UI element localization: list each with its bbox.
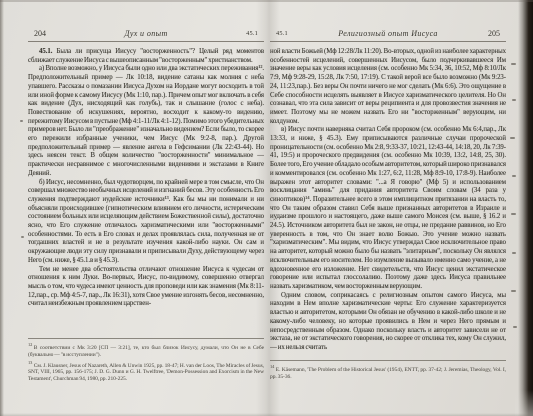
left-running-title: Дух и опыт (28, 28, 264, 40)
footnote: 12В соответствии с Мк 3:20 [СП — 3:21], … (28, 342, 264, 359)
paragraph: в) Иисус почти наверняка считал Себя про… (270, 126, 506, 291)
scan-artifact (512, 252, 516, 254)
scan-artifact (512, 175, 516, 177)
footnote-divider (270, 360, 506, 361)
right-footnotes: 14E. Käsemann, 'The Problem of the Histo… (270, 360, 506, 382)
footnote-divider (28, 338, 264, 339)
scan-artifact (511, 213, 516, 215)
scan-artifact (513, 326, 517, 328)
right-page-header: 45.1 Религиозный опыт Иисуса 205 (270, 28, 506, 42)
paragraph: а) Вполне возможно, у Иисуса были одно и… (28, 65, 264, 178)
paragraph: 45.1. Была ли присуща Иисусу "восторженн… (28, 48, 264, 65)
paragraph: Одним словом, соприкасаясь с религиозным… (270, 292, 506, 350)
left-page: 204 Дух и опыт 45.1 45.1. Была ли присущ… (28, 28, 264, 410)
footnote-text: В соответствии с Мк 3:20 [СП — 3:21], те… (28, 345, 264, 358)
right-page-number: 205 (488, 28, 500, 40)
footnote: 14E. Käsemann, 'The Problem of the Histo… (270, 364, 506, 381)
scan-artifact (511, 63, 516, 65)
footnote-number: 13 (28, 360, 32, 365)
scan-artifact (21, 236, 24, 238)
left-section-marker: 45.1 (246, 28, 258, 40)
scan-artifact (512, 99, 516, 101)
paragraph-text: Была ли присуща Иисусу "восторженность"?… (28, 48, 264, 64)
footnote-text: E. Käsemann, 'The Problem of the Histori… (270, 367, 506, 380)
scan-artifact (510, 137, 515, 139)
footnote-number: 14 (270, 364, 274, 369)
right-page-body: ной власти Божьей (Мф 12:28/Лк 11:20). В… (270, 48, 506, 350)
left-page-header: 204 Дух и опыт 45.1 (28, 28, 264, 42)
scan-artifact (20, 120, 23, 122)
left-footnotes: 12В соответствии с Мк 3:20 [СП — 3:21], … (28, 338, 264, 384)
scan-edge-right (518, 0, 533, 416)
right-running-title: Религиозный опыт Иисуса (270, 28, 506, 40)
footnote-text: См. J. Klausner, Jesus of Nazareth, Alle… (28, 362, 264, 382)
section-number-lead: 45.1. (39, 48, 52, 55)
paragraph: ной власти Божьей (Мф 12:28/Лк 11:20). В… (270, 48, 506, 126)
right-page: 45.1 Религиозный опыт Иисуса 205 ной вла… (270, 28, 506, 410)
footnote: 13См. J. Klausner, Jesus of Nazareth, Al… (28, 360, 264, 384)
scan-edge-top (0, 0, 533, 2)
left-page-body: 45.1. Была ли присуща Иисусу "восторженн… (28, 48, 264, 309)
paragraph: Тем не менее два обстоятельства отличают… (28, 266, 264, 310)
paragraph: б) Иисус, несомненно, был чудотворцем, п… (28, 179, 264, 266)
footnote-number: 12 (28, 342, 32, 347)
scan-edge-left (0, 0, 4, 416)
scan-artifact (511, 290, 516, 292)
